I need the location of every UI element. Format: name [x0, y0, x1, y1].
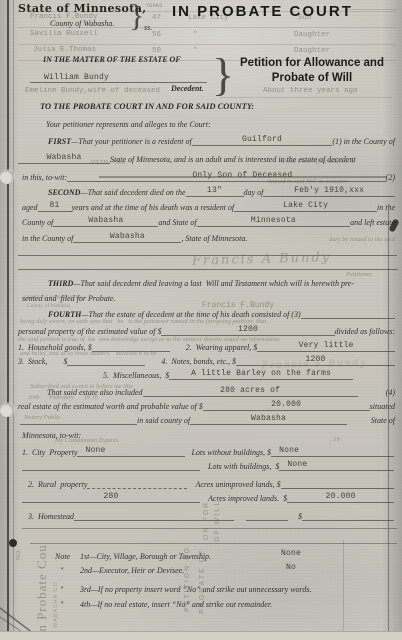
acres-improved-value: 20.000: [287, 492, 394, 503]
lots-with-value: None: [279, 460, 394, 471]
age-value: 81: [38, 201, 72, 212]
state-of-label: State of: [371, 416, 395, 425]
intro-line: Your petitioner represents and alleges t…: [46, 120, 211, 129]
ghost-vertical-probate-of: PROBATE OF: [199, 549, 206, 614]
footnote-2: (2): [386, 173, 395, 182]
stock-value-line: [67, 355, 145, 366]
blank-line: [20, 414, 137, 425]
aged-label: aged: [22, 203, 38, 212]
form-line-real-estate: real estate of the estimated worth and p…: [18, 400, 395, 411]
city-property-value: None: [77, 446, 185, 457]
homestead-label: 3. Homestead: [28, 512, 74, 521]
death-day-value: 13": [186, 186, 244, 197]
situated-county-value: Wabasha: [190, 414, 347, 425]
punch-hole: [0, 170, 14, 184]
ghost-petitioner-label: Petitioner.: [346, 271, 373, 278]
first-text-3: State of Minnesota, and is an adult and …: [110, 155, 356, 164]
spacer: [358, 387, 386, 397]
form-line-lots-with: Lots with buildings, $None: [22, 460, 394, 471]
first-text-2: (1) in the County of: [332, 137, 395, 146]
state-of-minnesota-label: , State of Minnesota.: [181, 234, 247, 243]
note-4-text: 4th—If no real estate, insert “No” and s…: [80, 600, 272, 609]
form-line-first-2: WabashaState of Minnesota, and is an adu…: [18, 153, 395, 164]
first-keyword: FIRST: [48, 137, 71, 146]
note-2-text: 2nd—Executor, Heir or Devisee.: [80, 566, 184, 575]
residence-value: Guilford: [192, 135, 333, 146]
third-keyword: THIRD: [48, 279, 73, 288]
probate-form-page: YEARS Francis F.Bundy 47 Lake City Son S…: [0, 0, 402, 640]
city-property-label: 1. City Property: [22, 448, 77, 457]
form-line-miscellaneous: 5. Miscellaneous, $A little Barley on th…: [103, 369, 353, 380]
form-line-second: SECOND—That said decedent died on the13"…: [48, 186, 395, 197]
death-county-value: Wabasha: [53, 216, 158, 227]
personal-property-value: 1200: [161, 325, 334, 336]
in-said-county-label: in said county of: [137, 416, 190, 425]
notes-bonds-label: 4. Notes, bonds, etc., $: [161, 357, 236, 366]
stock-label: 3. Stock, $: [18, 357, 67, 366]
ghost-heir-place: ": [193, 31, 198, 39]
relationship-value-struck: Only Son of Deceased: [99, 171, 386, 182]
miscellaneous-label: 5. Miscellaneous, $: [103, 371, 169, 380]
aged-text: years and at the time of his death was a…: [72, 203, 235, 212]
scan-edge-strip: [0, 631, 402, 640]
petition-title-line1: Petition for Allowance and: [226, 57, 398, 69]
ghost-heir-age: 50: [152, 47, 161, 55]
county-heading: County of Wabasha.: [50, 19, 114, 28]
rural-property-label: 2. Rural property: [28, 480, 87, 489]
in-the-county-label: in the County of: [22, 234, 73, 243]
spacer: [170, 342, 186, 352]
death-month-year-value: Feb'y 1910,xxx: [263, 186, 395, 197]
acreage-value: 280 acres of: [143, 386, 358, 397]
state-heading: State of Minnesota,: [18, 2, 146, 15]
lots-without-label: Lots without buildings, $: [191, 448, 271, 457]
acres-unimproved-value: [281, 478, 394, 489]
ghost-sworn-1: being duly sworn, on oath says that he i…: [20, 318, 266, 325]
miscellaneous-value: A little Barley on the farms: [169, 369, 353, 380]
lots-without-value: None: [271, 446, 394, 457]
towit-label: in this, to-wit:: [22, 173, 67, 182]
spacer: [288, 511, 298, 521]
ghost-heir-place: ": [193, 47, 198, 55]
ghost-wife-note: Emeline Bundy,wife of deceased: [25, 87, 160, 95]
blank-line: [67, 171, 99, 182]
first-text: —That your petitioner is a resident of: [71, 137, 192, 146]
decedent-name-line: William Bundy: [30, 71, 207, 83]
blank-line: [246, 510, 288, 521]
ditto-mark: ": [60, 585, 63, 594]
note-2-answer: No: [286, 563, 296, 572]
note-1-answer: None: [281, 549, 301, 558]
spacer: [234, 511, 246, 521]
decedent-label: Decedent.: [171, 84, 204, 93]
form-line-aged: aged81years and at the time of his death…: [22, 201, 395, 212]
ghost-heir-age: 47: [152, 14, 161, 22]
blank-line: [301, 308, 395, 319]
ghost-rule: [220, 97, 392, 98]
ghost-issued: dary be issued to the said: [247, 236, 395, 243]
header-brace: }: [129, 0, 144, 34]
ghost-state-heading: STATE OF MINNESOTA: [24, 295, 82, 301]
form-line-towit: in this, to-wit:Only Son of Deceased(2): [22, 171, 395, 182]
form-line-city-property: 1. City PropertyNoneLots without buildin…: [22, 446, 394, 457]
blank-line-dashed: [87, 478, 187, 489]
form-line-county-state: County ofWabashaand State ofMinnesotaand…: [22, 216, 395, 227]
court-title: IN PROBATE COURT: [172, 3, 353, 20]
ghost-heir-relation: Daughter: [294, 47, 330, 55]
ghost-vertical-of-will: OF WILL: [214, 499, 221, 542]
ghost-wife-note-2: About three years ago: [263, 87, 358, 95]
and-state-of-label: and State of: [158, 218, 196, 227]
ghost-vertical-rule: [343, 540, 344, 640]
ghost-years-label: YEARS: [146, 2, 163, 9]
ghost-rule: [18, 44, 396, 45]
decedent-name-typed: William Bundy: [44, 73, 109, 82]
form-line-homestead: 3. Homestead$: [28, 510, 394, 521]
death-state-value: Minnesota: [197, 216, 351, 227]
ghost-commission-year: , 19: [330, 436, 340, 443]
form-line-rural-property: 2. Rural propertyAcres unimproved lands,…: [28, 478, 394, 489]
day-of-label: day of: [244, 188, 264, 197]
form-line-also-included: That said estate also included280 acres …: [47, 386, 395, 397]
signature-line: [18, 269, 398, 270]
estate-county-value: Wabasha: [73, 232, 181, 243]
homestead-value: [302, 510, 394, 521]
rule-line: [30, 543, 397, 544]
lots-with-label: Lots with buildings, $: [208, 462, 279, 471]
note-1-text: 1st—City, Village, Borough or Township.: [80, 552, 211, 561]
rural-acres-value: 280: [22, 492, 200, 503]
wearing-apparel-value: Very little: [257, 341, 395, 352]
punch-hole: [0, 403, 14, 417]
second-keyword: SECOND: [48, 188, 80, 197]
ghost-heir-name: Julia E.Thomas: [33, 46, 96, 54]
form-line-first: FIRST—That your petitioner is a resident…: [48, 135, 395, 146]
divided-label: divided as follows:: [335, 327, 395, 336]
ghost-heir-relation: Daughter: [294, 31, 330, 39]
real-estate-value: 20.000: [203, 400, 370, 411]
ghost-heir-name: Savilla Russell: [30, 30, 98, 38]
ditto-mark: ": [60, 600, 63, 609]
residence-at-death-value: Lake City: [234, 201, 377, 212]
real-estate-label: real estate of the estimated worth and p…: [18, 402, 203, 411]
ditto-mark: ": [60, 566, 63, 575]
right-margin-rule: [388, 210, 389, 640]
matter-of-estate-label: IN THE MATTER OF THE ESTATE OF: [43, 55, 181, 64]
ghost-vertical-no: NO.: [16, 549, 22, 560]
ss-label: ss.: [144, 23, 152, 32]
spacer: [200, 461, 208, 471]
personal-property-label: personal property of the estimated value…: [18, 327, 161, 336]
petition-title-line2: Probate of Will: [226, 72, 398, 84]
spacer: [145, 356, 161, 366]
in-the-label: in the: [377, 203, 395, 212]
county-of-label: County of: [22, 218, 53, 227]
second-text: —That said decedent died on the: [80, 188, 185, 197]
form-line-situated-county: in said county ofWabashaState of: [20, 414, 395, 425]
form-line-personal-property: personal property of the estimated value…: [18, 325, 395, 336]
acres-unimproved-label: Acres unimproved lands, $: [195, 480, 280, 489]
form-line-estate-county: in the County ofWabasha, State of Minnes…: [22, 232, 395, 243]
note-3-text: 3rd—If no property insert word “No” and …: [80, 585, 311, 594]
blank-line: [74, 510, 234, 521]
ghost-vertical-on-for: ON FOR: [203, 501, 210, 540]
third-text: —That said decedent died leaving a last …: [73, 279, 354, 288]
spacer: [347, 415, 371, 425]
ink-dot: [9, 539, 17, 547]
wearing-apparel-label: 2. Wearing apparel, $: [186, 343, 257, 352]
situated-label: situated: [370, 402, 395, 411]
salutation: TO THE PROBATE COURT IN AND FOR SAID COU…: [40, 101, 254, 111]
ghost-vertical-wabasha: WABASHA CO: [53, 581, 59, 628]
blank-line: [22, 460, 200, 471]
petitioner-county-value: Wabasha: [18, 153, 110, 164]
ghost-commission: My Commission Expires: [55, 437, 118, 444]
ghost-heir-age: 56: [152, 31, 161, 39]
note-label: Note: [55, 552, 70, 561]
ghost-vertical-petition: PETITION FO: [184, 546, 191, 612]
ghost-signature: Francis A Bundy: [192, 250, 331, 269]
form-line-third: THIRD—That said decedent died leaving a …: [48, 279, 395, 288]
